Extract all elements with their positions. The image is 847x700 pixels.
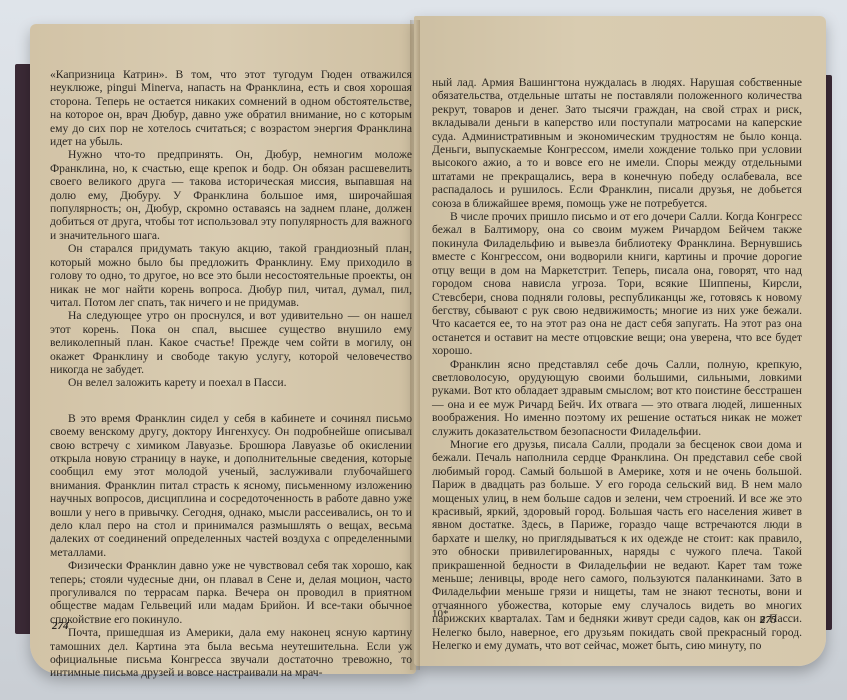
page-number-left: 274 — [52, 620, 69, 632]
paragraph: Он старался придумать такую акцию, такой… — [50, 242, 412, 309]
paragraph: Физически Франклин давно уже не чувствов… — [50, 559, 412, 626]
paragraph: Франклин ясно представлял себе дочь Салл… — [432, 358, 802, 438]
paragraph: Он велел заложить карету и поехал в Пасс… — [50, 376, 412, 389]
right-page-text: ный лад. Армия Вашингтона нуждалась в лю… — [432, 76, 802, 652]
paragraph: На следующее утро он проснулся, и вот уд… — [50, 309, 412, 376]
signature-mark: 10* — [432, 608, 449, 620]
page-number-right: 275 — [760, 614, 777, 626]
paragraph: Многие его друзья, писала Салли, продали… — [432, 438, 802, 653]
paragraph: ный лад. Армия Вашингтона нуждалась в лю… — [432, 76, 802, 210]
paragraph: «Капризница Катрин». В том, что этот туг… — [50, 68, 412, 148]
paragraph: В числе прочих пришло письмо и от его до… — [432, 210, 802, 357]
left-page-text: «Капризница Катрин». В том, что этот туг… — [50, 68, 412, 680]
paragraph: Почта, пришедшая из Америки, дала ему на… — [50, 626, 412, 680]
paragraph: Нужно что-то предпринять. Он, Дюбур, нем… — [50, 148, 412, 242]
paragraph: В это время Франклин сидел у себя в каби… — [50, 412, 412, 559]
